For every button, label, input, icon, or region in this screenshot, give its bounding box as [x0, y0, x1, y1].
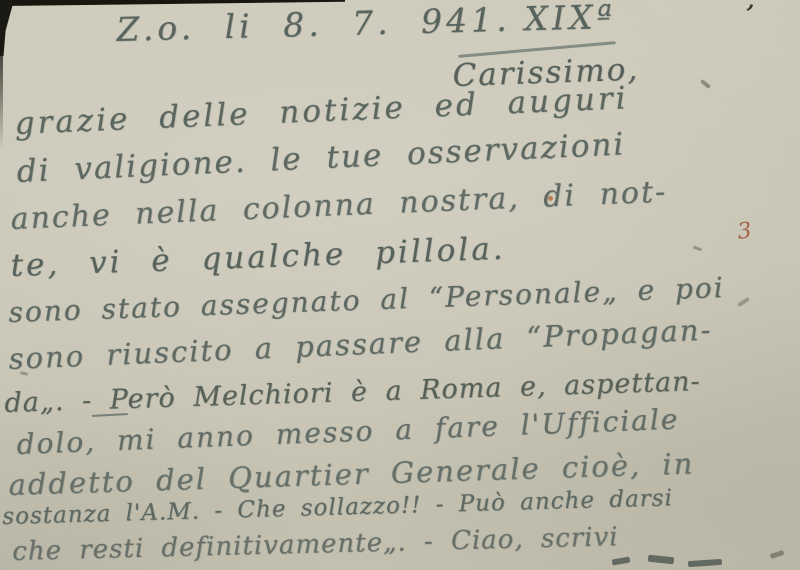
margin-mark: 3 [736, 218, 753, 245]
photo-edge-left-hairline [0, 40, 3, 150]
letter-photo: Z.o. li 8. 7. 941.XIXª Carissimo, grazie… [0, 0, 800, 570]
era-year: XIXª [524, 0, 617, 38]
rust-speck [548, 196, 553, 201]
